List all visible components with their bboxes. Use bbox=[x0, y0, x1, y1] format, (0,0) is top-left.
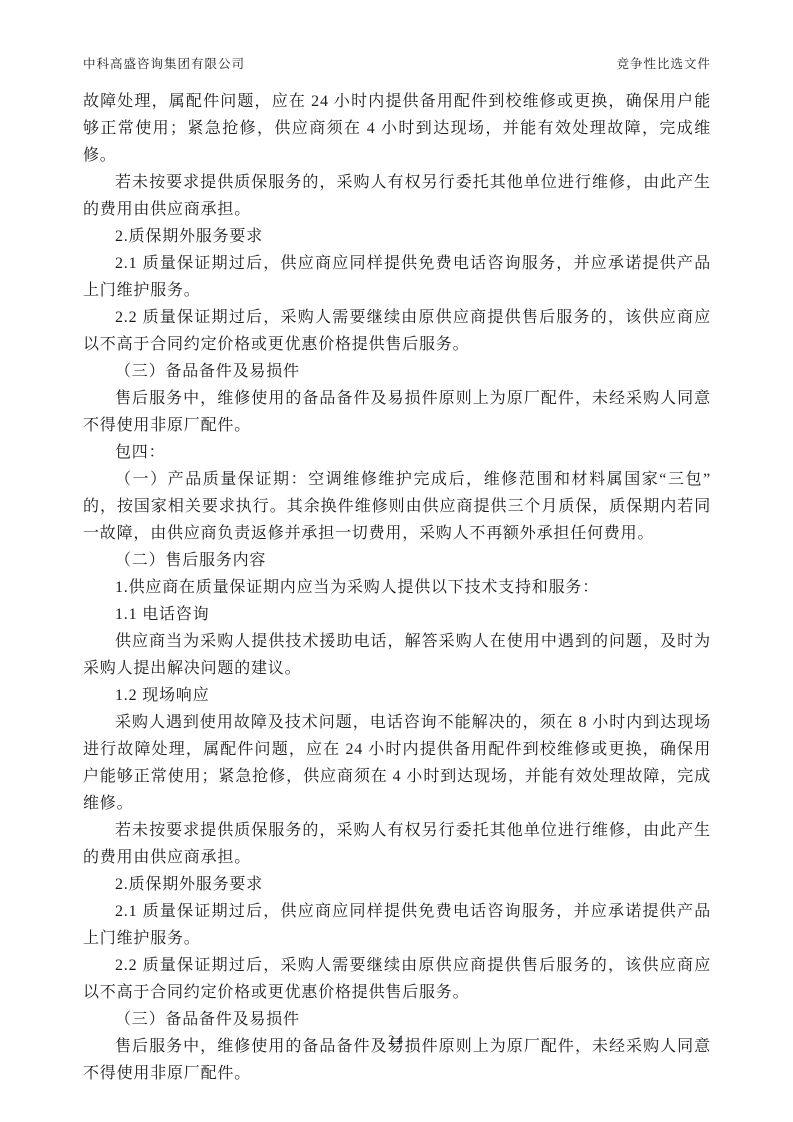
paragraph: 2.2 质量保证期过后，采购人需要继续由原供应商提供售后服务的，该供应商应以不高… bbox=[83, 304, 711, 358]
paragraph: 2.1 质量保证期过后，供应商应同样提供免费电话咨询服务，并应承诺提供产品上门维… bbox=[83, 250, 711, 304]
paragraph: 2.质保期外服务要求 bbox=[83, 223, 711, 250]
paragraph: 若未按要求提供质保服务的，采购人有权另行委托其他单位进行维修，由此产生的费用由供… bbox=[83, 169, 711, 223]
paragraph: 2.2 质量保证期过后，采购人需要继续由原供应商提供售后服务的，该供应商应以不高… bbox=[83, 952, 711, 1006]
paragraph: （三）备品备件及易损件 bbox=[83, 358, 711, 385]
page-number: - 24 - bbox=[376, 1032, 416, 1047]
paragraph: 1.2 现场响应 bbox=[83, 682, 711, 709]
document-page: 中科高盛咨询集团有限公司 竞争性比选文件 故障处理，属配件问题，应在 24 小时… bbox=[0, 0, 793, 1122]
paragraph: 采购人遇到使用故障及技术问题，电话咨询不能解决的，须在 8 小时内到达现场进行故… bbox=[83, 709, 711, 817]
paragraph: 1.供应商在质量保证期内应当为采购人提供以下技术支持和服务： bbox=[83, 574, 711, 601]
paragraph: 2.质保期外服务要求 bbox=[83, 871, 711, 898]
paragraph: 包四： bbox=[83, 439, 711, 466]
paragraph: （二）售后服务内容 bbox=[83, 547, 711, 574]
page-footer: - 24 - bbox=[0, 1032, 793, 1048]
page-header: 中科高盛咨询集团有限公司 竞争性比选文件 bbox=[83, 56, 711, 72]
paragraph: 2.1 质量保证期过后，供应商应同样提供免费电话咨询服务，并应承诺提供产品上门维… bbox=[83, 898, 711, 952]
paragraph: 故障处理，属配件问题，应在 24 小时内提供备用配件到校维修或更换，确保用户能够… bbox=[83, 88, 711, 169]
company-name: 中科高盛咨询集团有限公司 bbox=[83, 56, 245, 72]
paragraph: （三）备品备件及易损件 bbox=[83, 1006, 711, 1033]
paragraph: 售后服务中，维修使用的备品备件及易损件原则上为原厂配件，未经采购人同意不得使用非… bbox=[83, 385, 711, 439]
document-body: 故障处理，属配件问题，应在 24 小时内提供备用配件到校维修或更换，确保用户能够… bbox=[83, 88, 711, 1087]
paragraph: 若未按要求提供质保服务的，采购人有权另行委托其他单位进行维修，由此产生的费用由供… bbox=[83, 817, 711, 871]
paragraph: 供应商当为采购人提供技术援助电话，解答采购人在使用中遇到的问题，及时为采购人提出… bbox=[83, 628, 711, 682]
document-type: 竞争性比选文件 bbox=[616, 56, 711, 72]
paragraph: （一）产品质量保证期：空调维修维护完成后，维修范围和材料属国家“三包”的，按国家… bbox=[83, 466, 711, 547]
paragraph: 1.1 电话咨询 bbox=[83, 601, 711, 628]
